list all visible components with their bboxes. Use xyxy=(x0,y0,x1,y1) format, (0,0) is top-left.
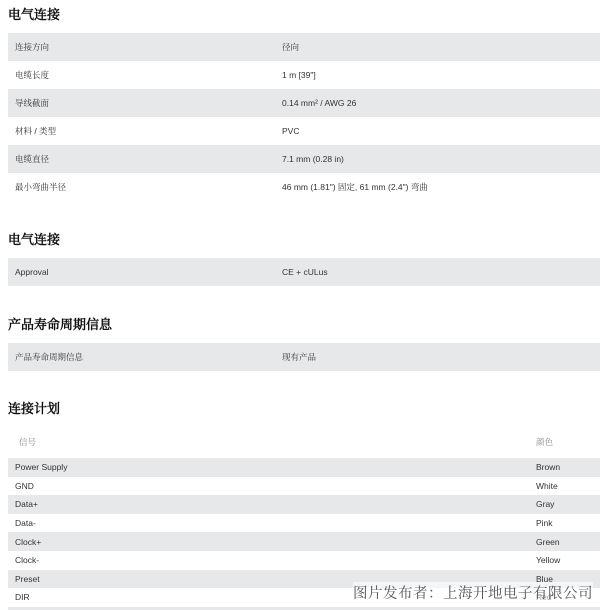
color-cell: Green xyxy=(536,537,600,547)
color-cell: Brown xyxy=(536,462,600,472)
spec-label: 导线截面 xyxy=(8,97,282,109)
spec-value: 46 mm (1.81") 固定, 61 mm (2.4") 弯曲 xyxy=(282,181,600,193)
table-row: Data+ Gray xyxy=(8,495,600,514)
spec-value: 现有产品 xyxy=(282,351,600,363)
table-row: Clock- Yellow xyxy=(8,551,600,570)
spec-value: 径向 xyxy=(282,41,600,53)
spec-row-min-bend-radius: 最小弯曲半径 46 mm (1.81") 固定, 61 mm (2.4") 弯曲 xyxy=(8,173,600,201)
column-header-color: 颜色 xyxy=(536,436,600,448)
spec-value: CE + cULus xyxy=(282,267,600,277)
section-title-pinout: 连接计划 xyxy=(8,398,60,417)
signal-cell: Data+ xyxy=(8,499,536,509)
signal-cell: Clock+ xyxy=(8,537,536,547)
section-title-cable: 电气连接 xyxy=(8,4,60,23)
spec-label: 电缆直径 xyxy=(8,153,282,165)
color-cell: Gray xyxy=(536,499,600,509)
publisher-watermark: 图片发布者：上海开地电子有限公司 xyxy=(353,582,593,603)
color-cell: Pink xyxy=(536,518,600,528)
lifecycle-table: 产品寿命周期信息 现有产品 xyxy=(8,343,600,371)
signal-cell: GND xyxy=(8,481,536,491)
color-cell: White xyxy=(536,481,600,491)
spec-value: 7.1 mm (0.28 in) xyxy=(282,154,600,164)
approval-table: Approval CE + cULus xyxy=(8,258,600,286)
section-title-approval: 电气连接 xyxy=(8,229,60,248)
color-cell: Yellow xyxy=(536,555,600,565)
spec-label: 电缆长度 xyxy=(8,69,282,81)
spec-label: 连接方向 xyxy=(8,41,282,53)
signal-cell: Data- xyxy=(8,518,536,528)
spec-label: 产品寿命周期信息 xyxy=(8,351,282,363)
column-header-signal: 信号 xyxy=(8,436,536,448)
spec-label: 材料 / 类型 xyxy=(8,125,282,137)
cable-spec-table: 连接方向 径向 电缆长度 1 m [39"] 导线截面 0.14 mm² / A… xyxy=(8,33,600,201)
spec-row-approval: Approval CE + cULus xyxy=(8,258,600,286)
spec-row-cable-length: 电缆长度 1 m [39"] xyxy=(8,61,600,89)
spec-value: 1 m [39"] xyxy=(282,70,600,80)
spec-row-lifecycle: 产品寿命周期信息 现有产品 xyxy=(8,343,600,371)
signal-cell: Clock- xyxy=(8,555,536,565)
signal-cell: Power Supply xyxy=(8,462,536,472)
spec-row-cable-diameter: 电缆直径 7.1 mm (0.28 in) xyxy=(8,145,600,173)
spec-row-wire-cross-section: 导线截面 0.14 mm² / AWG 26 xyxy=(8,89,600,117)
table-row: Data- Pink xyxy=(8,514,600,533)
section-title-lifecycle: 产品寿命周期信息 xyxy=(8,314,112,333)
spec-label: Approval xyxy=(8,267,282,277)
table-row: Power Supply Brown xyxy=(8,458,600,477)
spec-row-material: 材料 / 类型 PVC xyxy=(8,117,600,145)
spec-value: PVC xyxy=(282,126,600,136)
table-row: GND White xyxy=(8,477,600,496)
spec-row-connection-direction: 连接方向 径向 xyxy=(8,33,600,61)
spec-value: 0.14 mm² / AWG 26 xyxy=(282,98,600,108)
spec-label: 最小弯曲半径 xyxy=(8,181,282,193)
pinout-header: 信号 颜色 xyxy=(8,432,600,452)
table-row: Clock+ Green xyxy=(8,532,600,551)
